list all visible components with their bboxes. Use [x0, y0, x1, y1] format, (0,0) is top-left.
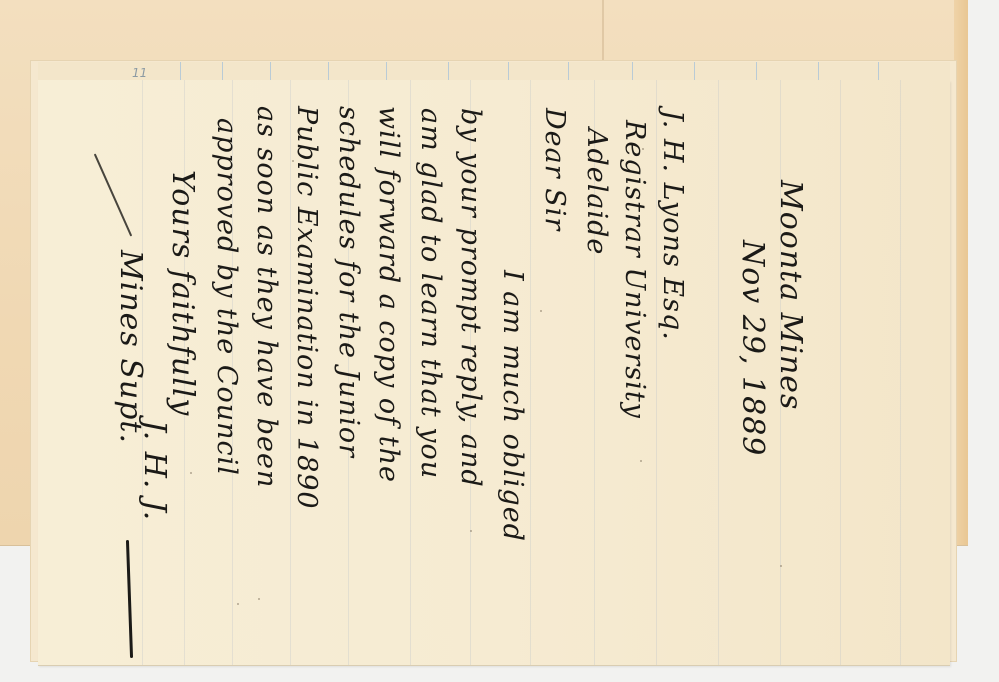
rule-tick [386, 62, 387, 80]
ruled-line [718, 80, 719, 665]
addressee-title: Registrar University [619, 120, 650, 419]
rule-tick [756, 62, 757, 80]
body-line-8: approved by the Council [211, 118, 242, 476]
rule-tick [878, 62, 879, 80]
ruled-top-strip [38, 62, 950, 81]
rule-tick [568, 62, 569, 80]
rule-tick [508, 62, 509, 80]
addressee-name: J. H. Lyons Esq. [657, 110, 688, 341]
rule-tick [180, 62, 181, 80]
body-line-3: am glad to learn that you [415, 108, 446, 479]
body-line-6: Public Examination in 1890 [291, 106, 322, 510]
body-line-1: I am much obliged [497, 270, 528, 542]
rule-tick [328, 62, 329, 80]
letter-place: Moonta Mines [773, 180, 808, 410]
rule-tick [818, 62, 819, 80]
ruled-line [410, 80, 411, 665]
body-line-4: will forward a copy of the [373, 106, 404, 483]
fold-crease [602, 0, 604, 60]
rule-tick [270, 62, 271, 80]
ruled-line [530, 80, 531, 665]
body-line-5: schedules for the Junior [333, 106, 364, 458]
salutation: Dear Sir [539, 108, 570, 231]
closing: Yours faithfully [165, 170, 200, 416]
ruled-line [840, 80, 841, 665]
letter-date: Nov 29, 1889 [735, 240, 770, 456]
pencil-page-number: 11 [132, 66, 147, 80]
ruled-line [900, 80, 901, 665]
body-line-2: by your prompt reply, and [455, 108, 486, 488]
rule-tick [632, 62, 633, 80]
rule-tick [222, 62, 223, 80]
signature-title: Mines Supt. [113, 250, 148, 444]
addressee-city: Adelaide [581, 128, 612, 255]
body-line-7: as soon as they have been [251, 106, 282, 488]
rule-tick [448, 62, 449, 80]
rule-tick [694, 62, 695, 80]
